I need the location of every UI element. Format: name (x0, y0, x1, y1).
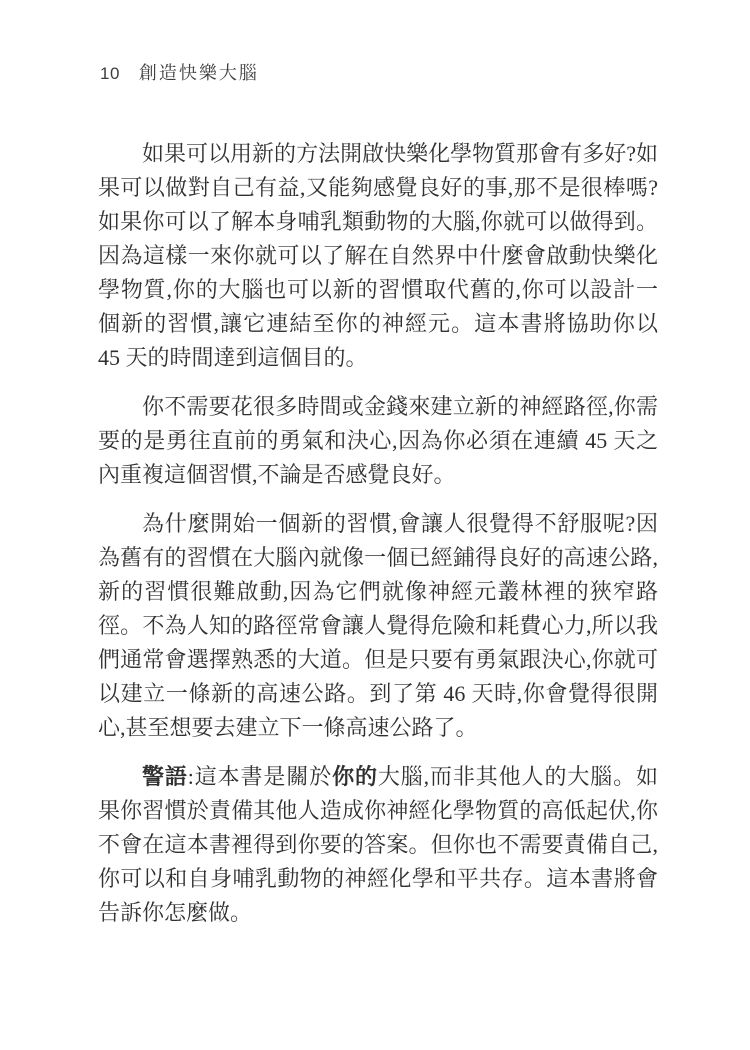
book-title: 創造快樂大腦 (139, 59, 259, 85)
paragraph-list: 如果可以用新的方法開啟快樂化學物質那會有多好?如果可以做對自己有益,又能夠感覺良… (98, 137, 658, 930)
paragraph: 警語:這本書是關於你的大腦,而非其他人的大腦。如果你習慣於責備其他人造成你神經化… (98, 760, 658, 930)
text-segment: 為什麼開始一個新的習慣,會讓人很覺得不舒服呢?因為舊有的習慣在大腦內就像一個已經… (98, 511, 658, 740)
page-number: 10 (100, 64, 120, 84)
page-header: 10 創造快樂大腦 (100, 59, 259, 85)
bold-text-segment: 警語 (142, 764, 188, 789)
text-segment: 你不需要花很多時間或金錢來建立新的神經路徑,你需要的是勇往直前的勇氣和決心,因為… (98, 394, 658, 487)
bold-text-segment: 你的 (332, 764, 378, 789)
paragraph: 如果可以用新的方法開啟快樂化學物質那會有多好?如果可以做對自己有益,又能夠感覺良… (98, 137, 658, 375)
text-segment: 如果可以用新的方法開啟快樂化學物質那會有多好?如果可以做對自己有益,又能夠感覺良… (98, 141, 658, 370)
page-body: 如果可以用新的方法開啟快樂化學物質那會有多好?如果可以做對自己有益,又能夠感覺良… (98, 137, 658, 930)
text-segment: :這本書是關於 (188, 764, 332, 789)
paragraph: 你不需要花很多時間或金錢來建立新的神經路徑,你需要的是勇往直前的勇氣和決心,因為… (98, 390, 658, 492)
paragraph: 為什麼開始一個新的習慣,會讓人很覺得不舒服呢?因為舊有的習慣在大腦內就像一個已經… (98, 507, 658, 745)
book-page: 10 創造快樂大腦 如果可以用新的方法開啟快樂化學物質那會有多好?如果可以做對自… (0, 0, 750, 1050)
